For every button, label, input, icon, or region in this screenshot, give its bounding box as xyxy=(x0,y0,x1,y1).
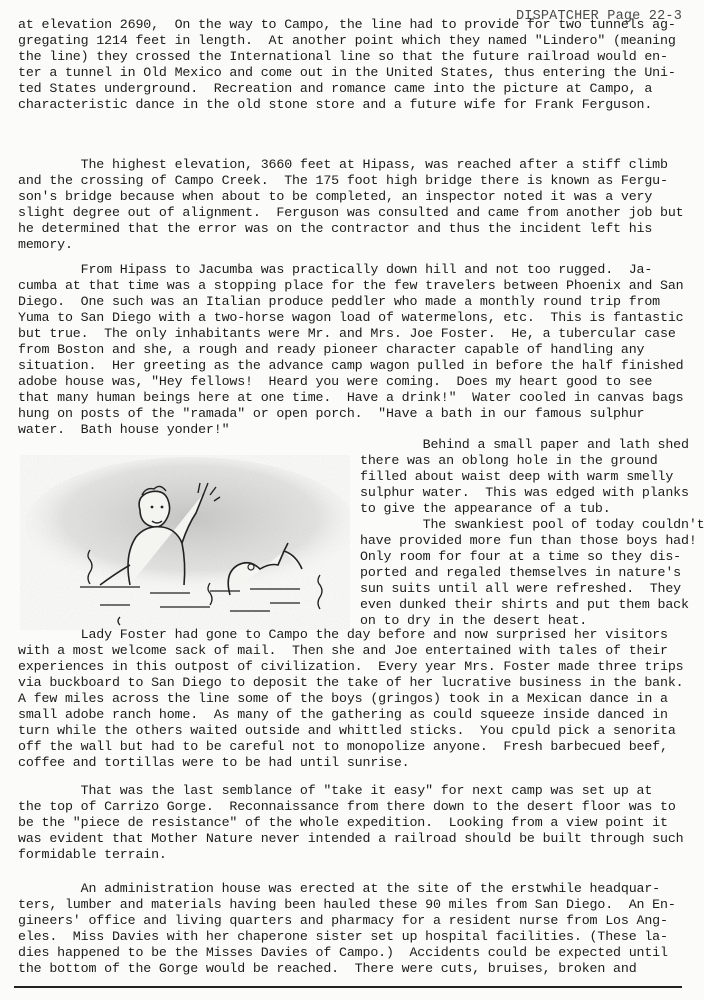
text-line: gregating 1214 feet in length. At anothe… xyxy=(18,33,676,49)
text-line: Diego. One such was an Italian produce p… xyxy=(18,294,660,310)
text-line: there was an oblong hole in the ground xyxy=(360,453,658,469)
text-line: adobe house was, "Hey fellows! Heard you… xyxy=(18,374,652,390)
text-line: coffee and tortillas were to be had unti… xyxy=(18,755,409,771)
text-line: sulphur water. This was edged with plank… xyxy=(360,485,689,501)
text-line: son's bridge because when about to be co… xyxy=(18,189,652,205)
text-line: ported and regaled themselves in nature'… xyxy=(360,565,681,581)
text-line: Behind a small paper and lath shed xyxy=(360,437,689,453)
text-line: at elevation 2690, On the way to Campo, … xyxy=(18,17,676,33)
text-line: small adobe ranch home. As many of the g… xyxy=(18,707,668,723)
text-line: the line) they crossed the International… xyxy=(18,49,668,65)
text-line: to give the appearance of a tub. xyxy=(360,501,611,517)
text-line: but true. The only inhabitants were Mr. … xyxy=(18,326,676,342)
text-line: The highest elevation, 3660 feet at Hipa… xyxy=(18,157,668,173)
text-line: with a most welcome sack of mail. Then s… xyxy=(18,643,668,659)
text-line: the bottom of the Gorge would be reached… xyxy=(18,961,637,977)
text-line: ters, lumber and materials having been h… xyxy=(18,897,676,913)
text-line: experiences in this outpost of civilizat… xyxy=(18,659,684,675)
underline-rule xyxy=(14,986,682,988)
text-line: he determined that the error was on the … xyxy=(18,221,652,237)
text-line: sun suits until all were refreshed. They xyxy=(360,581,681,597)
text-line: water. Bath house yonder!" xyxy=(18,422,229,438)
text-line: An administration house was erected at t… xyxy=(18,881,660,897)
text-line: and the crossing of Campo Creek. The 175… xyxy=(18,173,668,189)
text-line: That was the last semblance of "take it … xyxy=(18,783,652,799)
text-line: off the wall but had to be careful not t… xyxy=(18,739,668,755)
text-line: was evident that Mother Nature never int… xyxy=(18,831,684,847)
text-line: ter a tunnel in Old Mexico and come out … xyxy=(18,65,676,81)
text-line: the top of Carrizo Gorge. Reconnaissance… xyxy=(18,799,676,815)
text-line: The swankiest pool of today couldn't xyxy=(360,517,704,533)
text-line: situation. Her greeting as the advance c… xyxy=(18,358,684,374)
text-line: memory. xyxy=(18,237,73,253)
text-line: characteristic dance in the old stone st… xyxy=(18,97,652,113)
text-line: Only room for four at a time so they dis… xyxy=(360,549,681,565)
text-line: slight degree out of alignment. Ferguson… xyxy=(18,205,684,221)
text-line: A few miles across the line some of the … xyxy=(18,691,668,707)
text-line: From Hipass to Jacumba was practically d… xyxy=(18,262,652,278)
text-line: cumba at that time was a stopping place … xyxy=(18,278,684,294)
text-line: Yuma to San Diego with a two-horse wagon… xyxy=(18,310,684,326)
text-line: dies happened to be the Misses Davies of… xyxy=(18,945,668,961)
text-line: that many human beings here at one time.… xyxy=(18,390,684,406)
document-page: DISPATCHER Page 22-3 at elevation 2690, … xyxy=(0,0,704,1000)
text-line: ted States underground. Recreation and r… xyxy=(18,81,652,97)
text-line: via buckboard to San Diego to deposit th… xyxy=(18,675,684,691)
text-line: formidable terrain. xyxy=(18,847,167,863)
text-line: gineers' office and living quarters and … xyxy=(18,913,668,929)
text-line: even dunked their shirts and put them ba… xyxy=(360,597,689,613)
text-line: turn while the others waited outside and… xyxy=(18,723,676,739)
text-line: filled about waist deep with warm smelly xyxy=(360,469,673,485)
bathers-illustration-icon xyxy=(20,455,350,630)
text-line: be the "piece de resistance" of the whol… xyxy=(18,815,668,831)
text-line: eles. Miss Davies with her chaperone sis… xyxy=(18,929,668,945)
text-line: hung on posts of the "ramada" or open po… xyxy=(18,406,644,422)
text-line: from Boston and she, a rough and ready p… xyxy=(18,342,644,358)
text-line: have provided more fun than those boys h… xyxy=(360,533,697,549)
